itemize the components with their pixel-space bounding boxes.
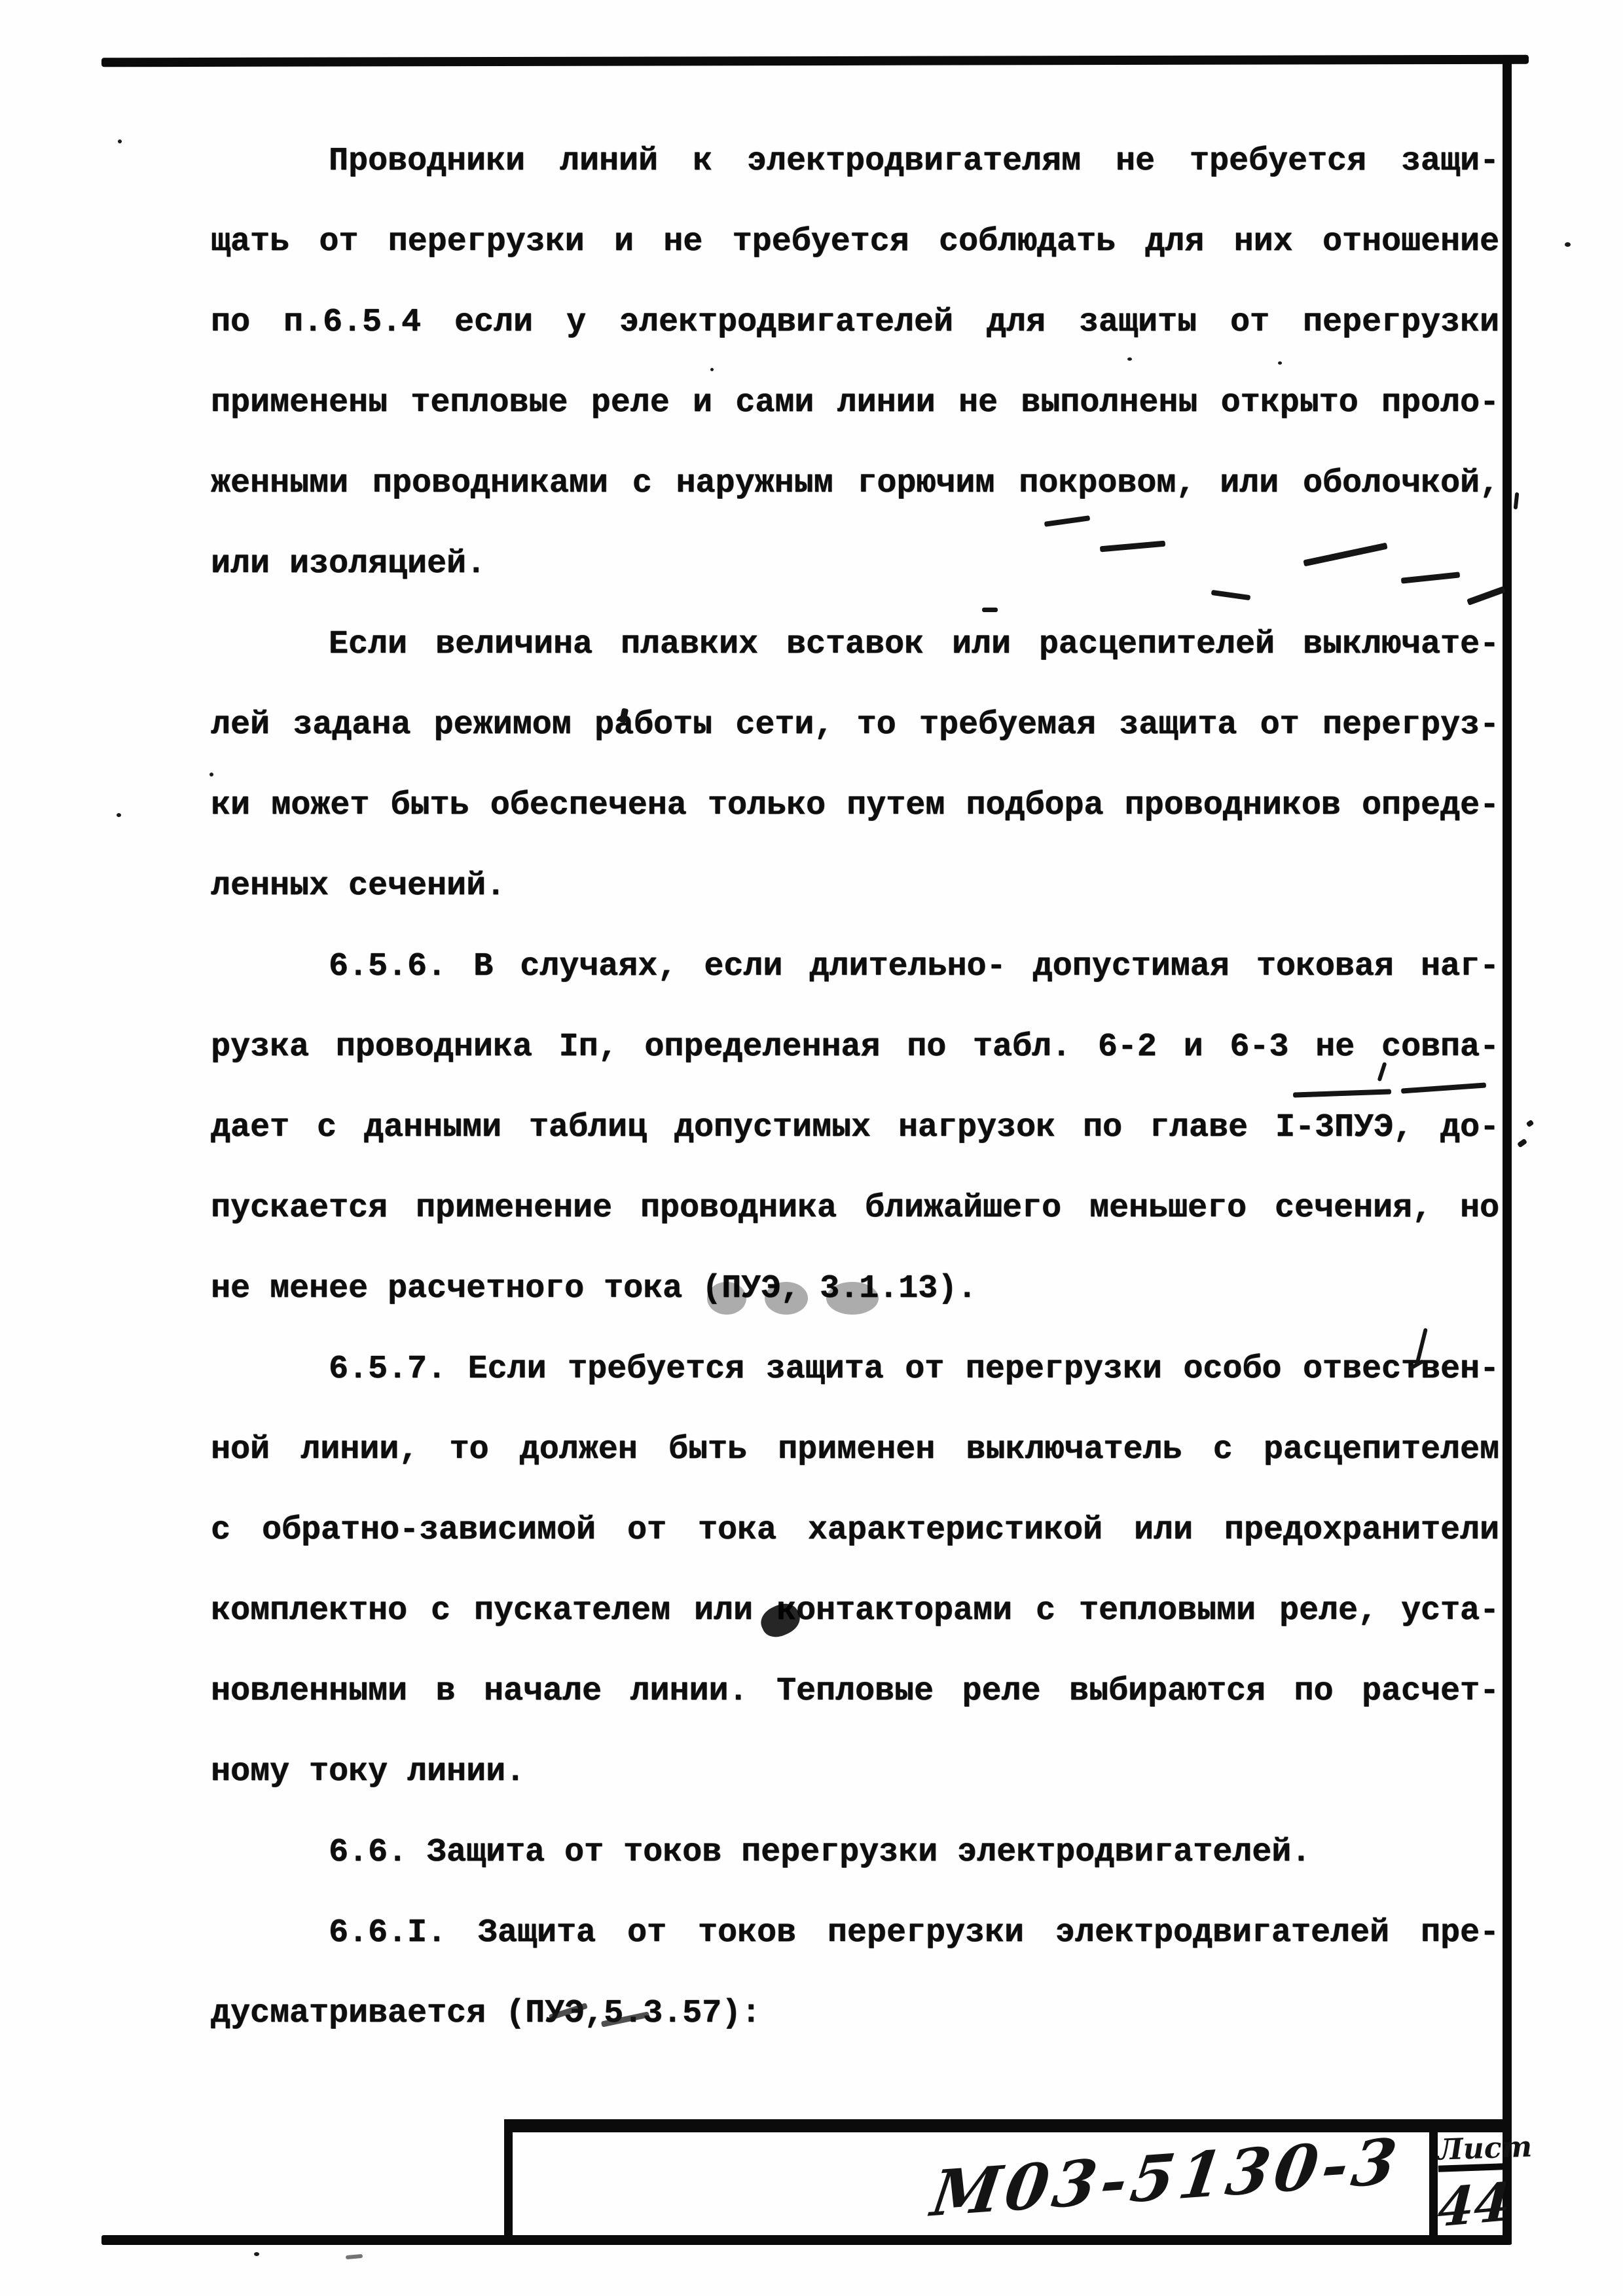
sheet-number: 44	[1436, 2168, 1504, 2239]
ink-speck	[254, 2252, 259, 2256]
text-line: с обратно-зависимой от тока характеристи…	[211, 1512, 1499, 1592]
text-line: комплектно с пускателем или контакторами…	[211, 1592, 1499, 1673]
margin-mark	[1526, 1120, 1535, 1127]
text-line: 6.5.6. В случаях, если длительно- допуст…	[211, 948, 1499, 1029]
pen-smudge	[765, 1282, 808, 1315]
ink-speck	[710, 368, 714, 371]
frame-border-top	[101, 55, 1529, 67]
ink-speck	[1278, 361, 1282, 365]
ink-speck	[1565, 242, 1571, 247]
text-line: пускается применение проводника ближайше…	[211, 1190, 1499, 1270]
text-line: новленными в начале линии. Тепловые реле…	[211, 1673, 1499, 1753]
body-text: Проводники линий к электродвигателям не …	[211, 143, 1499, 2075]
text-line: 6.6.I. Защита от токов перегрузки электр…	[211, 1914, 1499, 1995]
document-number: М03-5130-3	[927, 2124, 1406, 2231]
sheet-column: Лист 44	[1429, 2132, 1503, 2244]
text-line: дает с данными таблиц допустимых нагрузо…	[211, 1109, 1499, 1190]
margin-tick	[1514, 492, 1520, 509]
text-line: дусматривается (ПУЭ,5.3.57):	[211, 1995, 1499, 2075]
text-line: ки может быть обеспечена только путем по…	[211, 787, 1499, 867]
text-line: Проводники линий к электродвигателям не …	[211, 143, 1499, 223]
ink-speck	[210, 773, 213, 776]
text-line: щать от перегрузки и не требуется соблюд…	[211, 223, 1499, 304]
ink-speck	[1127, 357, 1132, 361]
text-line: или изоляцией.	[211, 545, 1499, 626]
pen-smudge	[826, 1282, 879, 1315]
text-line: лей задана режимом работы сети, то требу…	[211, 706, 1499, 787]
ink-speck	[118, 139, 122, 143]
text-line: ной линии, то должен быть применен выклю…	[211, 1431, 1499, 1512]
title-block: М03-5130-3 Лист 44	[504, 2119, 1511, 2244]
smudge-mark	[346, 2254, 363, 2259]
text-line: 6.6. Защита от токов перегрузки электрод…	[211, 1834, 1499, 1914]
text-line: женными проводниками с наружным горючим …	[211, 465, 1499, 545]
sheet-label: Лист	[1437, 2131, 1503, 2172]
margin-mark	[1517, 1139, 1527, 1148]
scanned-document-page: Проводники линий к электродвигателям не …	[0, 0, 1623, 2296]
ink-speck	[117, 813, 121, 817]
pen-smudge	[707, 1282, 746, 1315]
smudge-mark	[982, 608, 998, 612]
text-line: Если величина плавких вставок или расцеп…	[211, 626, 1499, 706]
frame-border-right	[1503, 58, 1512, 2244]
text-line: ленных сечений.	[211, 867, 1499, 948]
text-line: по п.6.5.4 если у электродвигателей для …	[211, 304, 1499, 384]
text-line: ному току линии.	[211, 1753, 1499, 1834]
text-line: применены тепловые реле и сами линии не …	[211, 384, 1499, 465]
text-line: 6.5.7. Если требуется защита от перегруз…	[211, 1351, 1499, 1431]
